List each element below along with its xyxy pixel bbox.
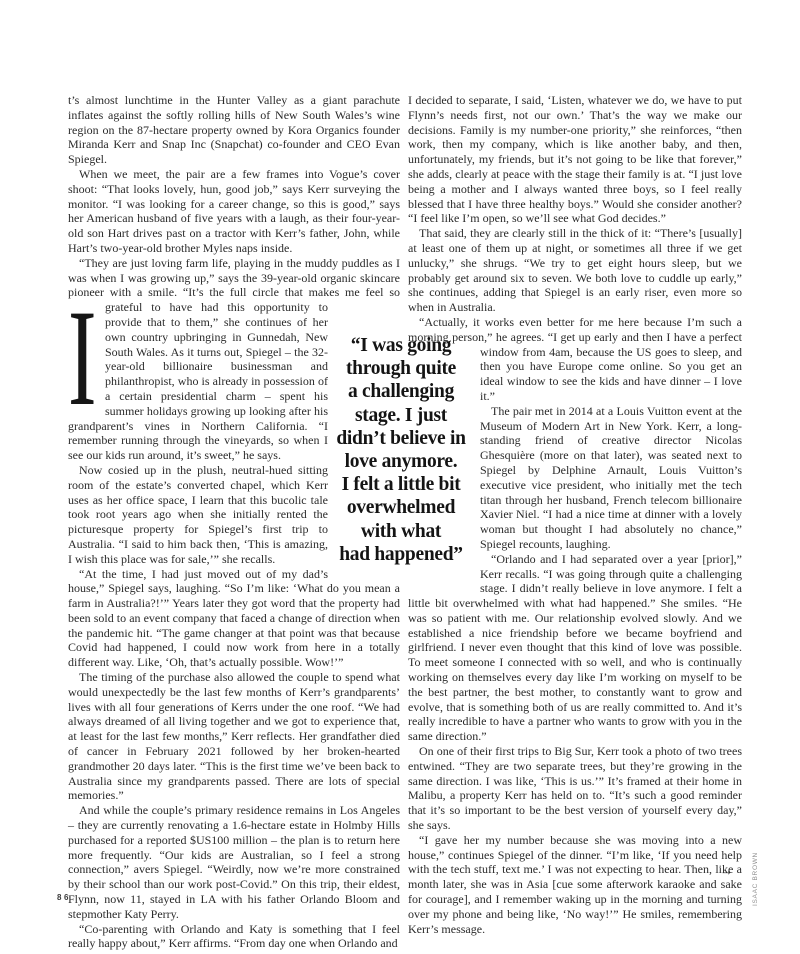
magazine-article-page: It’s almost lunchtime in the Hunter Vall… xyxy=(0,0,800,954)
photographer-credit: ISAAC BROWN xyxy=(752,828,759,906)
continuation-arrow-icon: → xyxy=(720,863,733,879)
paragraph: And while the couple’s primary residence… xyxy=(68,803,400,921)
drop-cap: I xyxy=(68,309,87,408)
page-number: 86 xyxy=(57,893,71,902)
paragraph: “Co-parenting with Orlando and Katy is s… xyxy=(68,922,400,952)
paragraph: “At the time, I had just moved out of my… xyxy=(68,567,400,671)
paragraph: That said, they are clearly still in the… xyxy=(408,226,742,315)
paragraph: The timing of the purchase also allowed … xyxy=(68,670,400,803)
paragraph: “I gave her my number because she was mo… xyxy=(408,833,742,937)
paragraph-text: t’s almost lunchtime in the Hunter Valle… xyxy=(68,93,400,166)
pull-quote: “I was going through quite a challenging… xyxy=(330,334,472,566)
paragraph: It’s almost lunchtime in the Hunter Vall… xyxy=(68,93,400,167)
paragraph: When we meet, the pair are a few frames … xyxy=(68,167,400,256)
paragraph: On one of their first trips to Big Sur, … xyxy=(408,744,742,833)
paragraph: I decided to separate, I said, ‘Listen, … xyxy=(408,93,742,226)
